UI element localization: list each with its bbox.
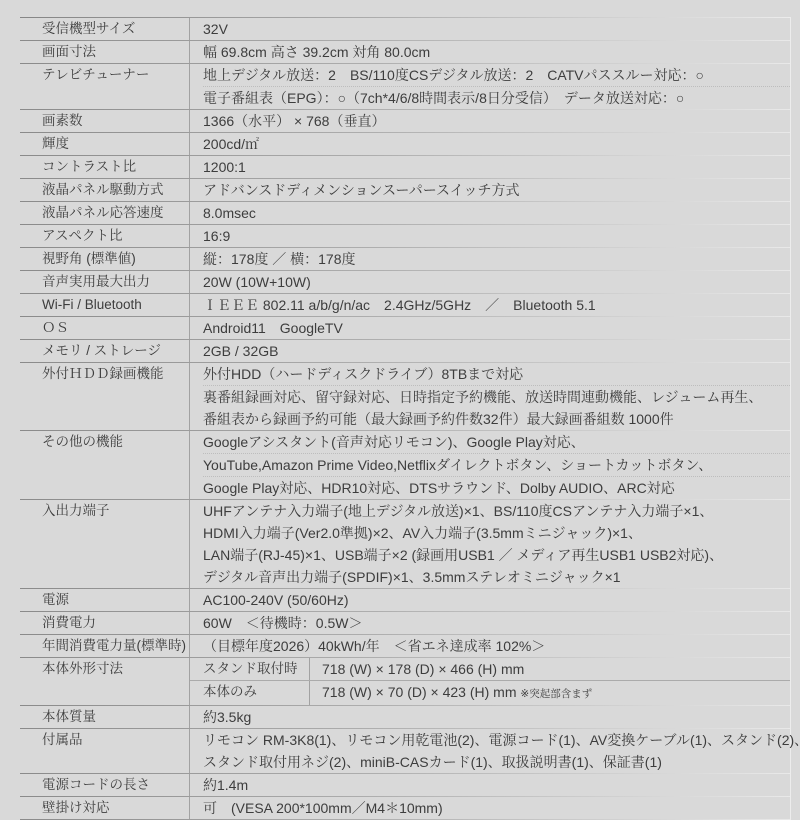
row-other-features: その他の機能 Googleアシスタント(音声対応リモコン)、Google Pla… (20, 431, 790, 500)
row-contrast-ratio: コントラスト比 1200:1 (20, 156, 790, 179)
dimensions-value: 718 (W) × 70 (D) × 423 (H) mm ※突起部含まず (310, 681, 592, 705)
row-memory-storage: メモリ / ストレージ 2GB / 32GB (20, 340, 790, 363)
row-power-supply: 電源 AC100-240V (50/60Hz) (20, 589, 790, 612)
features-line-3: Google Play対応、HDR10対応、DTSサラウンド、Dolby AUD… (203, 477, 790, 499)
spec-value: 32V (190, 18, 790, 40)
spec-label: 画面寸法 (20, 41, 190, 63)
spec-value: スタンド取付時 718 (W) × 178 (D) × 466 (H) mm 本… (190, 658, 790, 705)
spec-label: 年間消費電力量(標準時) (20, 635, 190, 657)
spec-label: 付属品 (20, 729, 190, 773)
tuner-terrestrial-line: 地上デジタル放送：2 BS/110度CSデジタル放送：2 CATVパススルー対応… (203, 64, 790, 87)
spec-value: 約3.5kg (190, 706, 790, 728)
row-power-cord-length: 電源コードの長さ 約1.4m (20, 774, 790, 797)
spec-value: Android11 GoogleTV (190, 317, 790, 339)
tuner-epg-line: 電子番組表（EPG）：○（7ch*4/6/8時間表示/8日分受信） データ放送対… (203, 87, 790, 109)
spec-value: 幅 69.8cm 高さ 39.2cm 対角 80.0cm (190, 41, 790, 63)
row-pixel-count: 画素数 1366（水平） × 768（垂直） (20, 110, 790, 133)
row-io-terminals: 入出力端子 UHFアンテナ入力端子(地上デジタル放送)×1、BS/110度CSア… (20, 500, 790, 589)
row-tv-tuner: テレビチューナー 地上デジタル放送：2 BS/110度CSデジタル放送：2 CA… (20, 64, 790, 110)
spec-label: 輝度 (20, 133, 190, 155)
row-wifi-bluetooth: Wi-Fi / Bluetooth ＩＥＥＥ 802.11 a/b/g/n/ac… (20, 294, 790, 317)
row-accessories: 付属品 リモコン RM-3K8(1)、リモコン用乾電池(2)、電源コード(1)、… (20, 729, 790, 774)
spec-value: リモコン RM-3K8(1)、リモコン用乾電池(2)、電源コード(1)、AV変換… (190, 729, 790, 773)
hdd-capacity-line: 外付HDD（ハードディスクドライブ）8TBまで対応 (203, 363, 790, 386)
protrusion-note: ※突起部含まず (520, 688, 592, 700)
spec-label: 外付ＨＤＤ録画機能 (20, 363, 190, 430)
spec-label: 音声実用最大出力 (20, 271, 190, 293)
spec-value: UHFアンテナ入力端子(地上デジタル放送)×1、BS/110度CSアンテナ入力端… (190, 500, 790, 588)
row-viewing-angle: 視野角 (標準値) 縦：178度 ／ 横：178度 (20, 248, 790, 271)
row-audio-output: 音声実用最大出力 20W (10W+10W) (20, 271, 790, 294)
io-line-4: デジタル音声出力端子(SPDIF)×1、3.5mmステレオミニジャック×1 (203, 566, 790, 588)
features-line-1: Googleアシスタント(音声対応リモコン)、Google Play対応、 (203, 431, 790, 454)
spec-label: テレビチューナー (20, 64, 190, 109)
spec-label: Wi-Fi / Bluetooth (20, 294, 190, 316)
row-brightness: 輝度 200cd/㎡ (20, 133, 790, 156)
row-weight: 本体質量 約3.5kg (20, 706, 790, 729)
spec-label: その他の機能 (20, 431, 190, 499)
spec-value: 20W (10W+10W) (190, 271, 790, 293)
spec-value: 約1.4m (190, 774, 790, 796)
spec-value: アドバンスドディメンションスーパースイッチ方式 (190, 179, 790, 201)
spec-value: 60W ＜待機時：0.5W＞ (190, 612, 790, 634)
dimensions-body-only-dims: 718 (W) × 70 (D) × 423 (H) mm (322, 684, 517, 700)
row-dimensions: 本体外形寸法 スタンド取付時 718 (W) × 178 (D) × 466 (… (20, 658, 790, 706)
row-hdd-recording: 外付ＨＤＤ録画機能 外付HDD（ハードディスクドライブ）8TBまで対応 裏番組録… (20, 363, 790, 431)
spec-value: 1366（水平） × 768（垂直） (190, 110, 790, 132)
accessories-line-1: リモコン RM-3K8(1)、リモコン用乾電池(2)、電源コード(1)、AV変換… (203, 729, 790, 751)
spec-label: 画素数 (20, 110, 190, 132)
spec-label: 本体外形寸法 (20, 658, 190, 705)
spec-value: 外付HDD（ハードディスクドライブ）8TBまで対応 裏番組録画対応、留守録対応、… (190, 363, 790, 430)
spec-label: コントラスト比 (20, 156, 190, 178)
row-panel-drive: 液晶パネル駆動方式 アドバンスドディメンションスーパースイッチ方式 (20, 179, 790, 202)
row-annual-power: 年間消費電力量(標準時) （目標年度2026）40kWh/年 ＜省エネ達成率 1… (20, 635, 790, 658)
row-power-consumption: 消費電力 60W ＜待機時：0.5W＞ (20, 612, 790, 635)
dimensions-with-stand: スタンド取付時 718 (W) × 178 (D) × 466 (H) mm (190, 658, 790, 681)
dimensions-mode-label: スタンド取付時 (190, 658, 310, 680)
spec-value: 200cd/㎡ (190, 133, 790, 155)
spec-value: 地上デジタル放送：2 BS/110度CSデジタル放送：2 CATVパススルー対応… (190, 64, 790, 109)
io-line-2: HDMI入力端子(Ver2.0準拠)×2、AV入力端子(3.5mmミニジャック)… (203, 522, 790, 544)
io-line-1: UHFアンテナ入力端子(地上デジタル放送)×1、BS/110度CSアンテナ入力端… (203, 500, 790, 522)
spec-label: ＯＳ (20, 317, 190, 339)
row-os: ＯＳ Android11 GoogleTV (20, 317, 790, 340)
accessories-line-2: スタンド取付用ネジ(2)、miniB-CASカード(1)、取扱説明書(1)、保証… (203, 751, 790, 773)
tv-spec-table: 受信機型サイズ 32V 画面寸法 幅 69.8cm 高さ 39.2cm 対角 8… (20, 17, 791, 800)
spec-value: AC100-240V (50/60Hz) (190, 589, 790, 611)
spec-value: 16:9 (190, 225, 790, 247)
row-aspect-ratio: アスペクト比 16:9 (20, 225, 790, 248)
spec-value: 縦：178度 ／ 横：178度 (190, 248, 790, 270)
dimensions-body-only: 本体のみ 718 (W) × 70 (D) × 423 (H) mm ※突起部含… (190, 681, 790, 705)
spec-value: 1200:1 (190, 156, 790, 178)
io-line-3: LAN端子(RJ-45)×1、USB端子×2 (録画用USB1 ／ メディア再生… (203, 544, 790, 566)
hdd-functions-line-2: 番組表から録画予約可能（最大録画予約件数32件）最大録画番組数 1000件 (203, 408, 790, 430)
spec-value: ＩＥＥＥ 802.11 a/b/g/n/ac 2.4GHz/5GHz ／ Blu… (190, 294, 790, 316)
spec-label: 受信機型サイズ (20, 18, 190, 40)
spec-label: メモリ / ストレージ (20, 340, 190, 362)
spec-value: 2GB / 32GB (190, 340, 790, 362)
spec-label: 電源 (20, 589, 190, 611)
spec-label: 液晶パネル駆動方式 (20, 179, 190, 201)
spec-value: （目標年度2026）40kWh/年 ＜省エネ達成率 102%＞ (190, 635, 790, 657)
features-line-2: YouTube,Amazon Prime Video,Netflixダイレクトボ… (203, 454, 790, 477)
spec-label: 視野角 (標準値) (20, 248, 190, 270)
hdd-functions-line-1: 裏番組録画対応、留守録対応、日時指定予約機能、放送時間連動機能、レジューム再生、 (203, 386, 790, 408)
row-reception-size: 受信機型サイズ 32V (20, 18, 790, 41)
dimensions-mode-label: 本体のみ (190, 681, 310, 705)
spec-label: 消費電力 (20, 612, 190, 634)
spec-label: 電源コードの長さ (20, 774, 190, 796)
row-panel-response: 液晶パネル応答速度 8.0msec (20, 202, 790, 225)
spec-value: Googleアシスタント(音声対応リモコン)、Google Play対応、 Yo… (190, 431, 790, 499)
spec-value: 8.0msec (190, 202, 790, 224)
spec-label: アスペクト比 (20, 225, 190, 247)
row-screen-dimensions: 画面寸法 幅 69.8cm 高さ 39.2cm 対角 80.0cm (20, 41, 790, 64)
spec-label: 入出力端子 (20, 500, 190, 588)
spec-label: 液晶パネル応答速度 (20, 202, 190, 224)
dimensions-value: 718 (W) × 178 (D) × 466 (H) mm (310, 658, 524, 680)
spec-label: 本体質量 (20, 706, 190, 728)
